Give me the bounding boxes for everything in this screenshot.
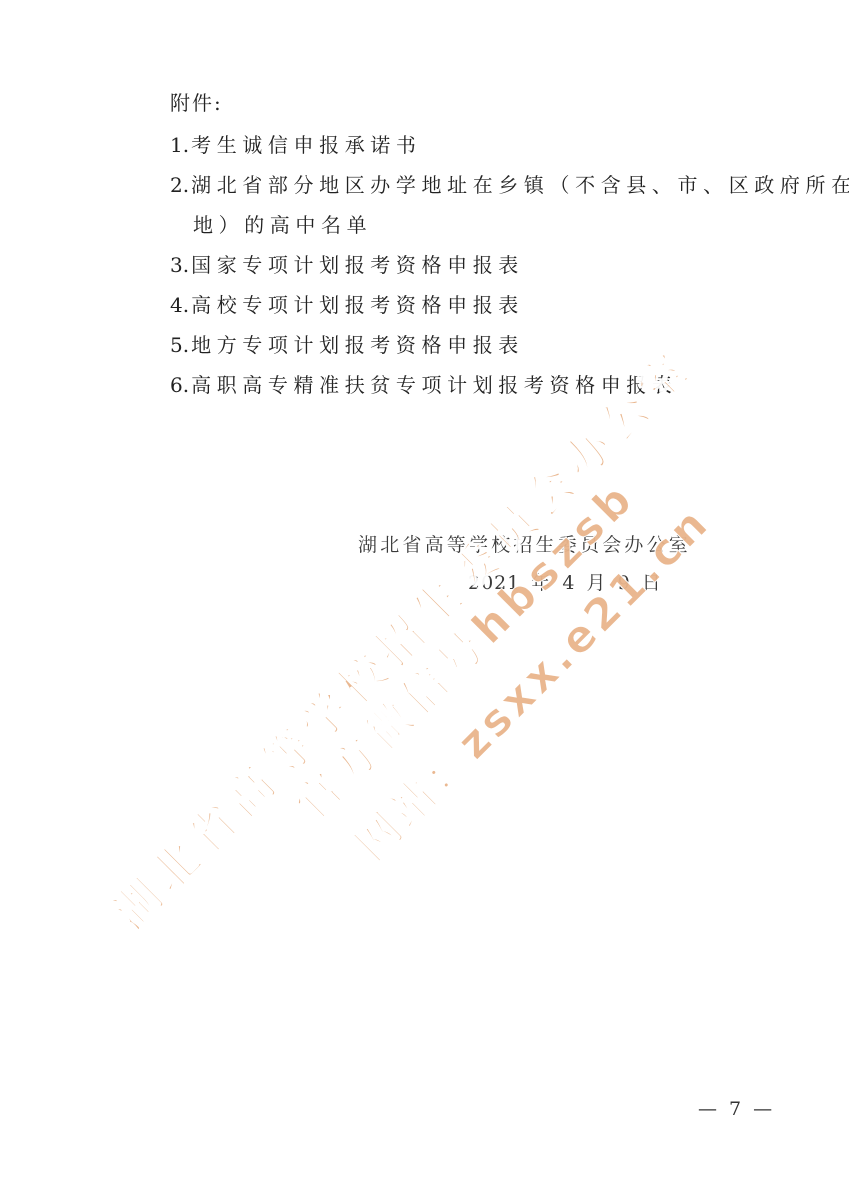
attachment-item-4: 4.高校专项计划报考资格申报表 [170, 293, 524, 317]
attachment-title: 地方专项计划报考资格申报表 [191, 333, 524, 357]
attachment-title: 高校专项计划报考资格申报表 [191, 293, 524, 317]
attachment-item-6: 6.高职高专精准扶贫专项计划报考资格申报表 [170, 373, 678, 397]
attachment-title: 湖北省部分地区办学地址在乡镇（不含县、市、区政府所在 [191, 173, 849, 197]
attachment-number: 6. [170, 373, 189, 397]
issuer-signature: 湖北省高等学校招生委员会办公室 [358, 533, 691, 557]
attachment-title: 考生诚信申报承诺书 [191, 133, 421, 157]
attachment-number: 4. [170, 293, 189, 317]
issue-date: 2021 年 4 月 9 日 [468, 571, 662, 595]
attachment-item-2-continuation: 地）的高中名单 [193, 213, 372, 237]
attachment-number: 1. [170, 133, 189, 157]
attachment-title: 高职高专精准扶贫专项计划报考资格申报表 [191, 373, 677, 397]
attachment-number: 2. [170, 173, 189, 197]
document-page: 附件: 1.考生诚信申报承诺书 2.湖北省部分地区办学地址在乡镇（不含县、市、区… [0, 0, 849, 1200]
attachment-number: 5. [170, 333, 189, 357]
page-number: — 7 — [698, 1097, 772, 1121]
attachment-item-1: 1.考生诚信申报承诺书 [170, 133, 422, 157]
attachment-item-5: 5.地方专项计划报考资格申报表 [170, 333, 524, 357]
watermark-line-organization: 湖北省高等学校招生委员会办公室 [96, 333, 705, 942]
attachment-item-3: 3.国家专项计划报考资格申报表 [170, 253, 524, 277]
attachment-item-2: 2.湖北省部分地区办学地址在乡镇（不含县、市、区政府所在 [170, 173, 849, 197]
attachment-title: 国家专项计划报考资格申报表 [191, 253, 524, 277]
attachments-heading: 附件: [170, 91, 223, 115]
attachment-number: 3. [170, 253, 189, 277]
watermark-line-wechat: 官方微信号hbszsb [278, 463, 647, 832]
